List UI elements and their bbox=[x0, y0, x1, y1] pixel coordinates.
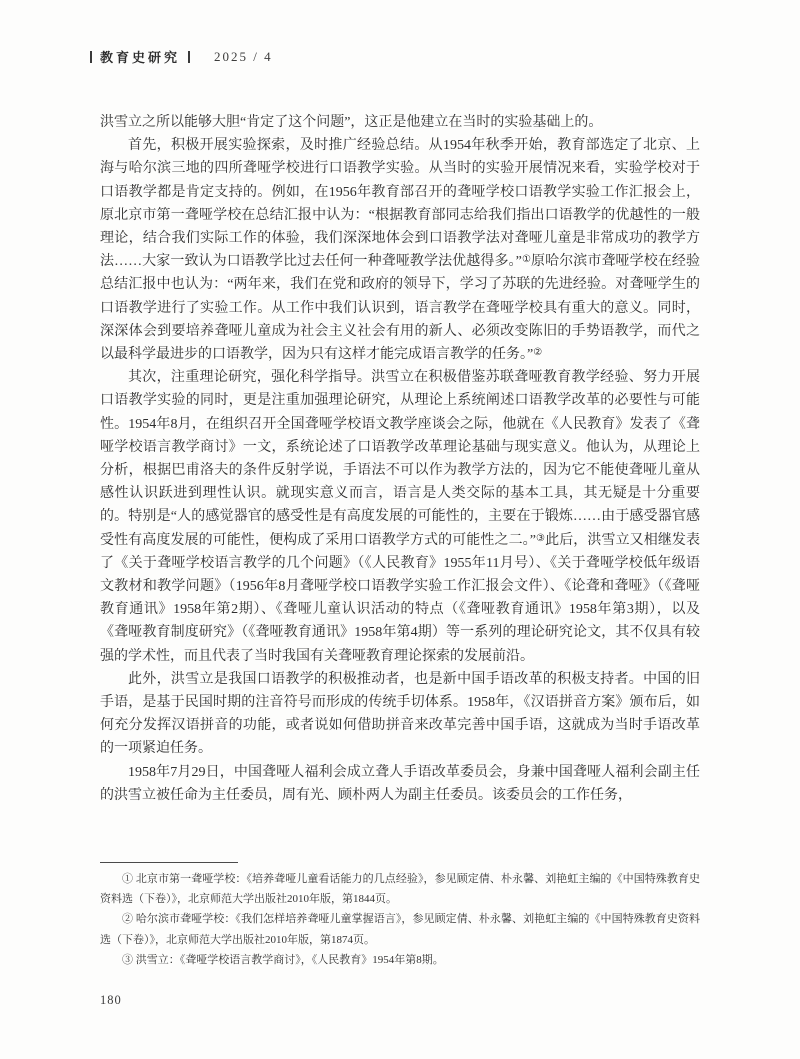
footnote-item: ② 哈尔滨市聋哑学校：《我们怎样培养聋哑儿童掌握语言》，参见顾定倩、朴永馨、刘艳… bbox=[100, 909, 700, 949]
paragraph: 首先，积极开展实验探索，及时推广经验总结。从1954年秋季开始，教育部选定了北京… bbox=[100, 134, 700, 366]
footnotes-section: ① 北京市第一聋哑学校：《培养聋哑儿童看话能力的几点经验》，参见顾定倩、朴永馨、… bbox=[100, 869, 700, 970]
paragraph: 1958年7月29日，中国聋哑人福利会成立聋人手语改革委员会，身兼中国聋哑人福利… bbox=[100, 761, 700, 807]
vertical-bar-icon bbox=[188, 51, 190, 63]
paragraph: 此外，洪雪立是我国口语教学的积极推动者，也是新中国手语改革的积极支持者。中国的旧… bbox=[100, 668, 700, 761]
page-number: 180 bbox=[100, 993, 122, 1008]
paragraph: 洪雪立之所以能够大胆“肯定了这个问题”，这正是他建立在当时的实验基础上的。 bbox=[100, 111, 700, 134]
page-header: 教育史研究 2025 / 4 bbox=[90, 47, 273, 66]
vertical-bar-icon bbox=[90, 51, 92, 63]
body-text-area: 洪雪立之所以能够大胆“肯定了这个问题”，这正是他建立在当时的实验基础上的。首先，… bbox=[100, 111, 700, 807]
footnote-item: ① 北京市第一聋哑学校：《培养聋哑儿童看话能力的几点经验》，参见顾定倩、朴永馨、… bbox=[100, 869, 700, 909]
paragraph: 其次，注重理论研究，强化科学指导。洪雪立在积极借鉴苏联聋哑教育教学经验、努力开展… bbox=[100, 366, 700, 668]
footnote-marker: ③ bbox=[536, 533, 545, 544]
issue-label: 2025 / 4 bbox=[214, 49, 273, 65]
journal-title: 教育史研究 bbox=[100, 47, 180, 66]
footnote-marker: ① bbox=[522, 254, 531, 265]
document-page: 教育史研究 2025 / 4 洪雪立之所以能够大胆“肯定了这个问题”，这正是他建… bbox=[0, 0, 800, 1059]
footnote-item: ③ 洪雪立：《聋哑学校语言教学商讨》，《人民教育》1954年第8期。 bbox=[100, 950, 700, 970]
footnote-divider bbox=[100, 862, 238, 863]
footnote-marker: ② bbox=[533, 347, 542, 358]
